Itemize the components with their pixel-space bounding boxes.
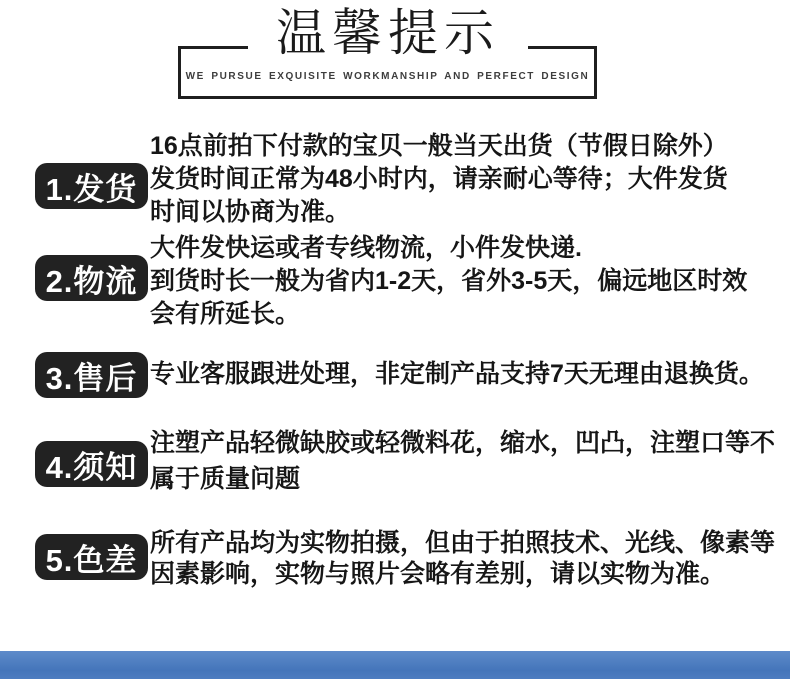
text-line: 到货时长一般为省内1-2天，省外3-5天，偏远地区时效 <box>150 265 775 298</box>
tips-banner: WE PURSUE EXQUISITE WORKMANSHIP AND PERF… <box>0 0 790 679</box>
header-subtitle: WE PURSUE EXQUISITE WORKMANSHIP AND PERF… <box>181 71 594 82</box>
text-line: 注塑产品轻微缺胶或轻微料花，缩水，凹凸，注塑口等不 <box>150 425 775 461</box>
bottom-accent-bar <box>0 651 790 679</box>
section-label-logistics: 2.物流 <box>35 255 148 301</box>
text-line: 发货时间正常为48小时内，请亲耐心等待；大件发货 <box>150 163 775 196</box>
section-label-shipping: 1.发货 <box>35 163 148 209</box>
text-line: 大件发快运或者专线物流，小件发快递. <box>150 232 775 265</box>
text-line: 时间以协商为准。 <box>150 196 775 229</box>
text-line: 专业客服跟进处理，非定制产品支持7天无理由退换货。 <box>150 358 775 391</box>
section-body-colordiff: 所有产品均为实物拍摄，但由于拍照技术、光线、像素等 因素影响，实物与照片会略有差… <box>150 528 775 590</box>
text-line: 会有所延长。 <box>150 298 775 331</box>
section-body-shipping: 16点前拍下付款的宝贝一般当天出货（节假日除外） 发货时间正常为48小时内，请亲… <box>150 130 775 229</box>
section-label-aftersales: 3.售后 <box>35 352 148 398</box>
text-line: 16点前拍下付款的宝贝一般当天出货（节假日除外） <box>150 130 775 163</box>
section-body-aftersales: 专业客服跟进处理，非定制产品支持7天无理由退换货。 <box>150 358 775 391</box>
text-line: 因素影响，实物与照片会略有差别，请以实物为准。 <box>150 559 775 590</box>
section-body-notice: 注塑产品轻微缺胶或轻微料花，缩水，凹凸，注塑口等不 属于质量问题 <box>150 425 775 497</box>
text-line: 属于质量问题 <box>150 461 775 497</box>
section-body-logistics: 大件发快运或者专线物流，小件发快递. 到货时长一般为省内1-2天，省外3-5天，… <box>150 232 775 331</box>
page-title: 温馨提示 <box>248 4 528 62</box>
section-label-notice: 4.须知 <box>35 441 148 487</box>
section-label-colordiff: 5.色差 <box>35 534 148 580</box>
text-line: 所有产品均为实物拍摄，但由于拍照技术、光线、像素等 <box>150 528 775 559</box>
